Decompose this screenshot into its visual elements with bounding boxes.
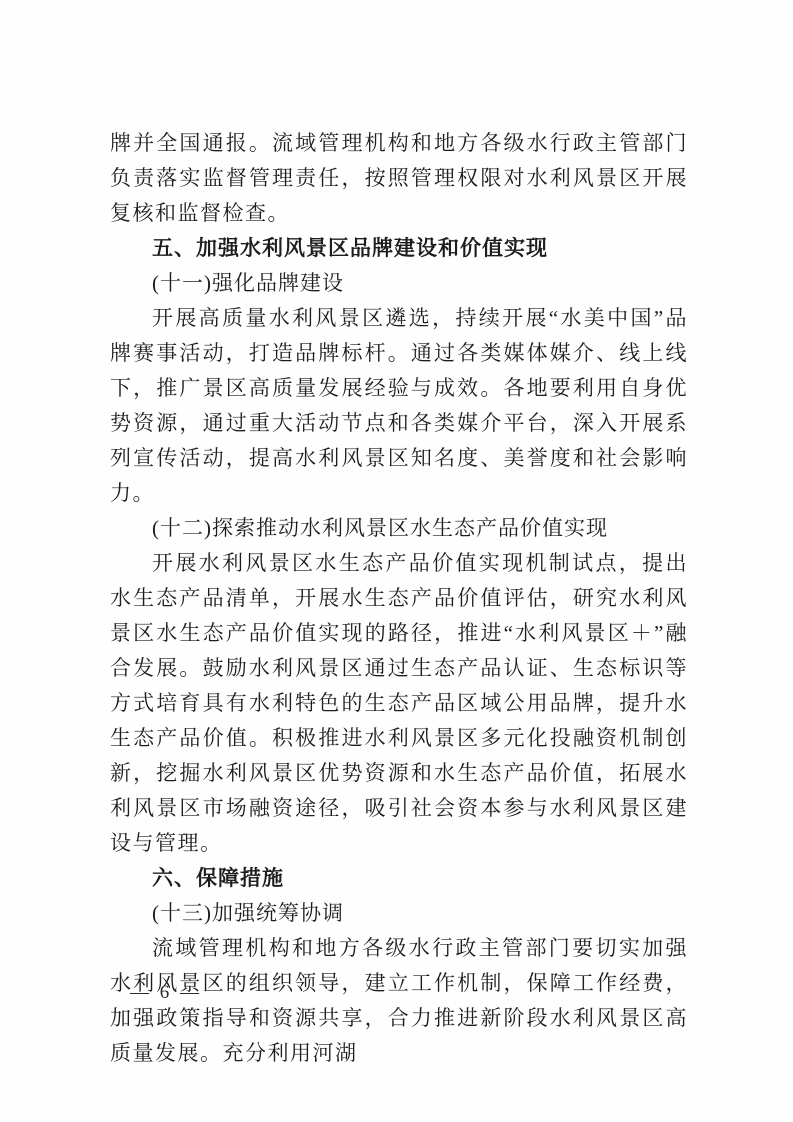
section-heading-5: 五、加强水利风景区品牌建设和价值实现 [110,231,688,266]
document-body: 牌并全国通报。流域管理机构和地方各级水行政主管部门负责落实监督管理责任，按照管理… [110,126,688,1071]
document-page: 牌并全国通报。流域管理机构和地方各级水行政主管部门负责落实监督管理责任，按照管理… [0,0,793,1122]
subsection-heading-12: (十二)探索推动水利风景区水生态产品价值实现 [110,511,688,546]
page-number: — 6 — [130,982,202,1004]
paragraph: 开展高质量水利风景区遴选，持续开展“水美中国”品牌赛事活动，打造品牌标杆。通过各… [110,301,688,511]
section-heading-6: 六、保障措施 [110,861,688,896]
paragraph: 开展水利风景区水生态产品价值实现机制试点，提出水生态产品清单，开展水生态产品价值… [110,546,688,861]
subsection-heading-13: (十三)加强统筹协调 [110,896,688,931]
paragraph-continuation: 牌并全国通报。流域管理机构和地方各级水行政主管部门负责落实监督管理责任，按照管理… [110,126,688,231]
subsection-heading-11: (十一)强化品牌建设 [110,266,688,301]
